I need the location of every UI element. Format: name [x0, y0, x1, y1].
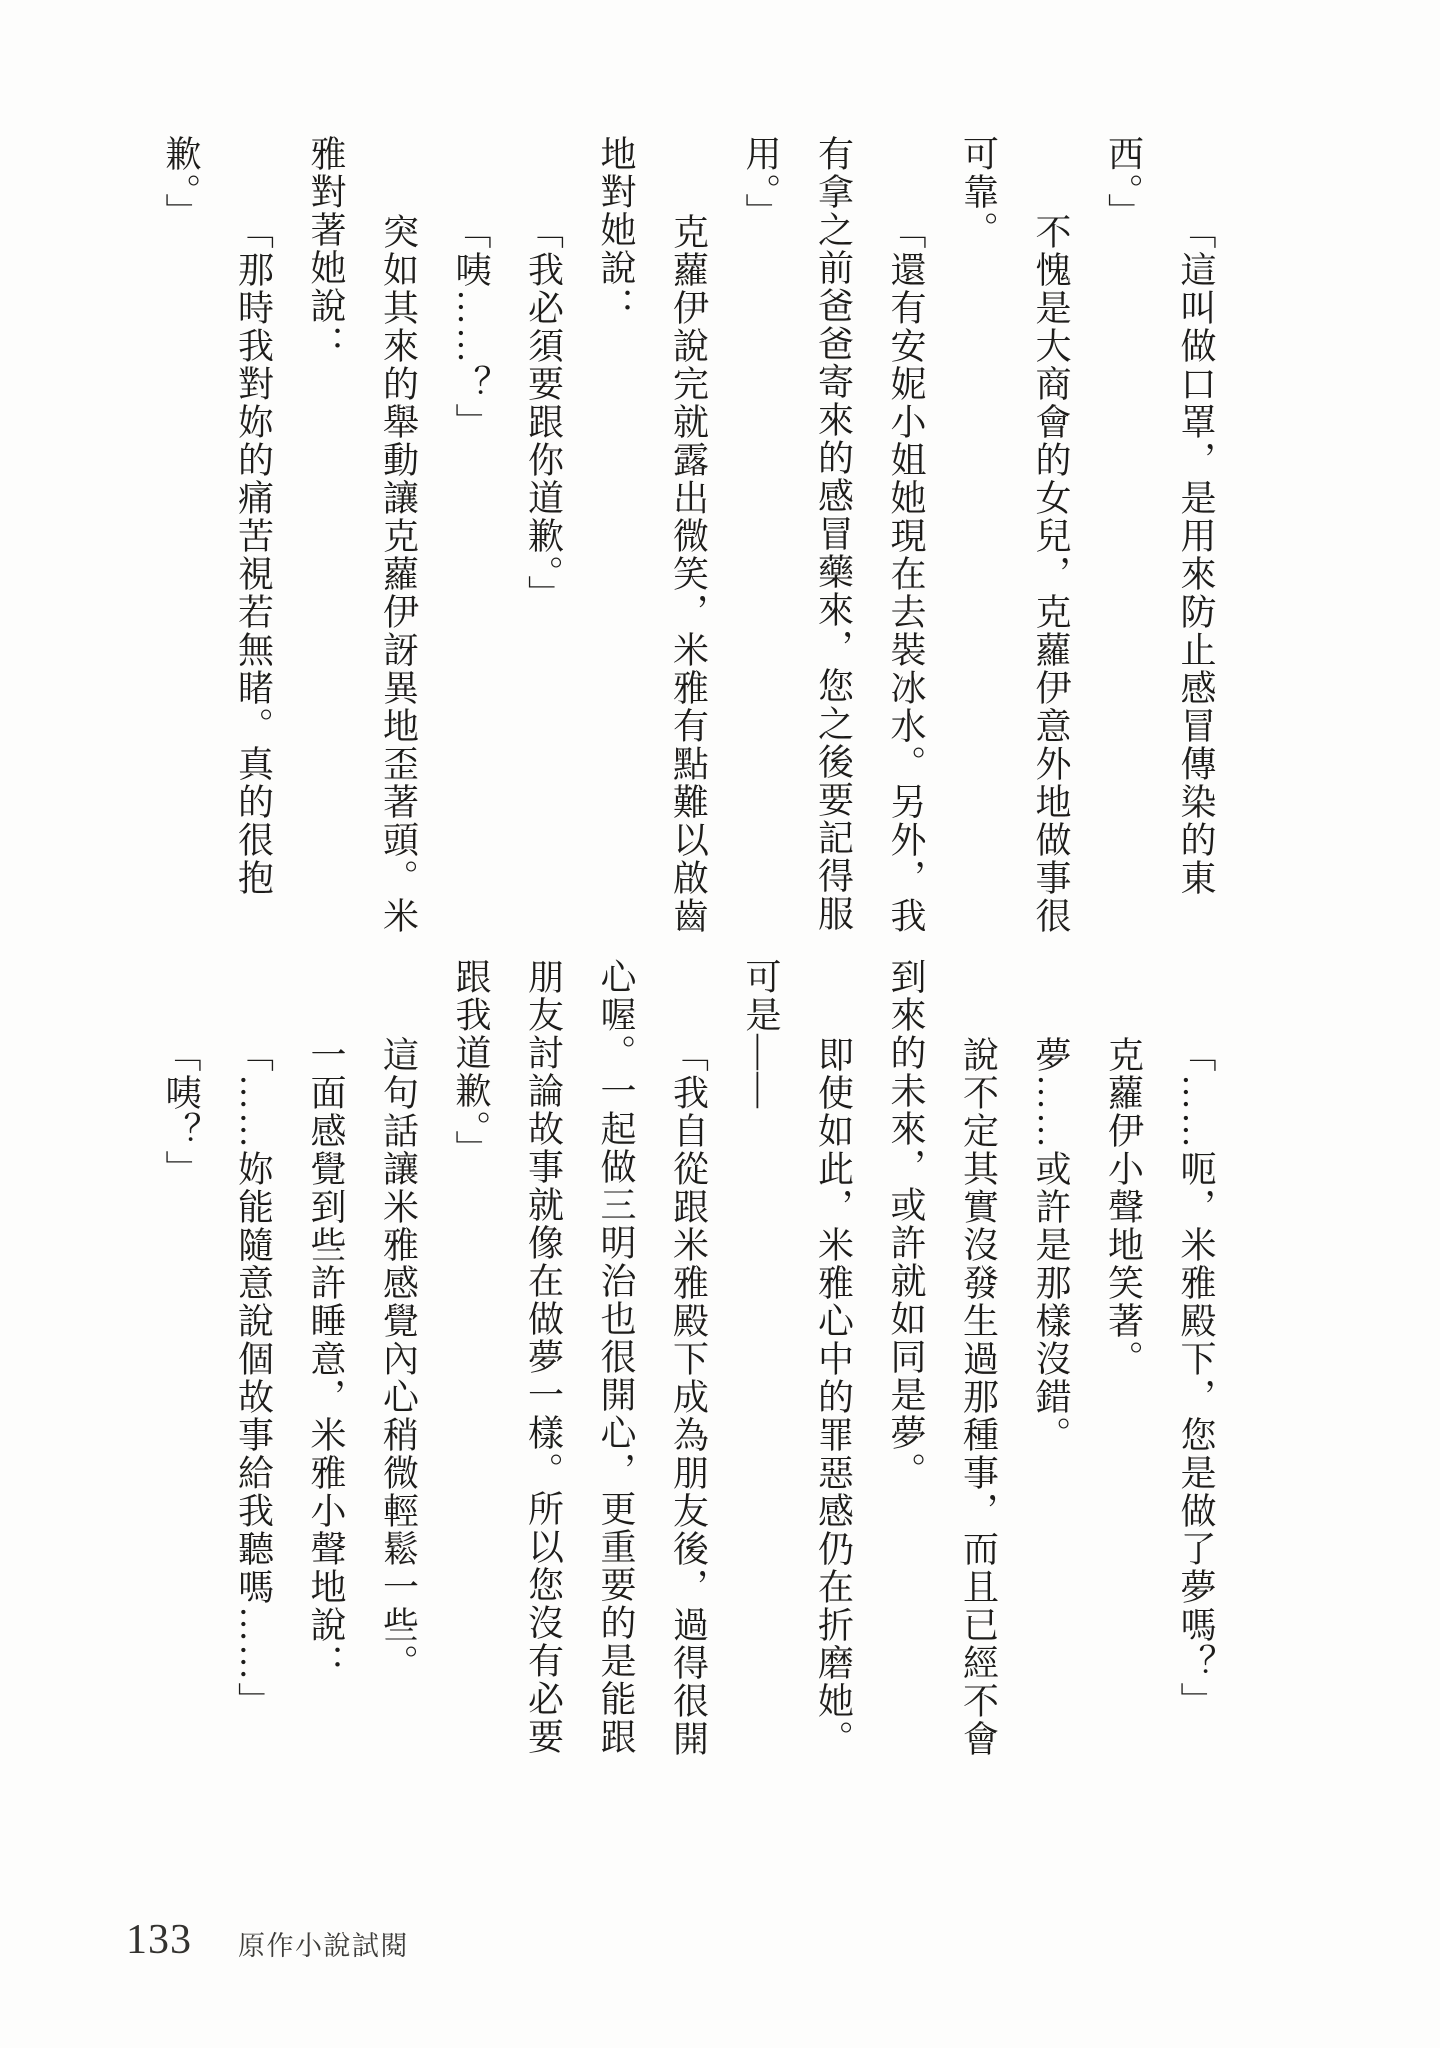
- text-column: 「我自從跟米雅殿下成為朋友後，過得很開: [652, 958, 725, 1820]
- text-column: 「這叫做口罩，是用來防止感冒傳染的東: [1160, 135, 1233, 935]
- text-column: 克蘿伊說完就露出微笑，米雅有點難以啟齒: [652, 135, 725, 935]
- text-column: 朋友討論故事就像在做夢一樣。所以您沒有必要: [507, 958, 580, 1820]
- text-column: 夢……或許是那樣沒錯。: [1015, 958, 1088, 1820]
- text-column: 「我必須要跟你道歉。」: [507, 135, 580, 935]
- text-column: 一面感覺到些許睡意，米雅小聲地說：: [290, 958, 363, 1820]
- text-column: 「那時我對妳的痛苦視若無睹。真的很抱: [217, 135, 290, 935]
- novel-page: 「這叫做口罩，是用來防止感冒傳染的東西。」不愧是大商會的女兒，克蘿伊意外地做事很…: [0, 0, 1440, 2048]
- text-column: 可是——: [725, 958, 798, 1820]
- text-column: 「還有安妮小姐她現在去裝冰水。另外，我: [870, 135, 943, 935]
- page-number: 133: [126, 1916, 192, 1964]
- text-column: 克蘿伊小聲地笑著。: [1087, 958, 1160, 1820]
- text-column: 心喔。一起做三明治也很開心，更重要的是能跟: [580, 958, 653, 1820]
- text-column: 到來的未來，或許就如同是夢。: [870, 958, 943, 1820]
- text-column: 這句話讓米雅感覺內心稍微輕鬆一些。: [362, 958, 435, 1820]
- text-column: 可靠。: [942, 135, 1015, 935]
- text-band-bottom: 「……呃，米雅殿下，您是做了夢嗎？」克蘿伊小聲地笑著。夢……或許是那樣沒錯。說不…: [145, 958, 1233, 1820]
- text-column: 「……妳能隨意說個故事給我聽嗎……」: [217, 958, 290, 1820]
- text-column: 跟我道歉。」: [435, 958, 508, 1820]
- text-column: 雅對著她說：: [290, 135, 363, 935]
- text-column: 說不定其實沒發生過那種事，而且已經不會: [942, 958, 1015, 1820]
- text-column: 「……呃，米雅殿下，您是做了夢嗎？」: [1160, 958, 1233, 1820]
- text-band-top: 「這叫做口罩，是用來防止感冒傳染的東西。」不愧是大商會的女兒，克蘿伊意外地做事很…: [145, 135, 1233, 935]
- text-column: 不愧是大商會的女兒，克蘿伊意外地做事很: [1015, 135, 1088, 935]
- footer-label: 原作小說試閱: [238, 1924, 409, 1963]
- text-column: 突如其來的舉動讓克蘿伊訝異地歪著頭。米: [362, 135, 435, 935]
- text-column: 地對她說：: [580, 135, 653, 935]
- text-column: 歉。」: [145, 135, 218, 935]
- text-column: 西。」: [1087, 135, 1160, 935]
- text-column: 即使如此，米雅心中的罪惡感仍在折磨她。: [797, 958, 870, 1820]
- text-column: 用。」: [725, 135, 798, 935]
- text-column: 有拿之前爸爸寄來的感冒藥來，您之後要記得服: [797, 135, 870, 935]
- text-column: 「咦？」: [145, 958, 218, 1820]
- text-column: 「咦……？」: [435, 135, 508, 935]
